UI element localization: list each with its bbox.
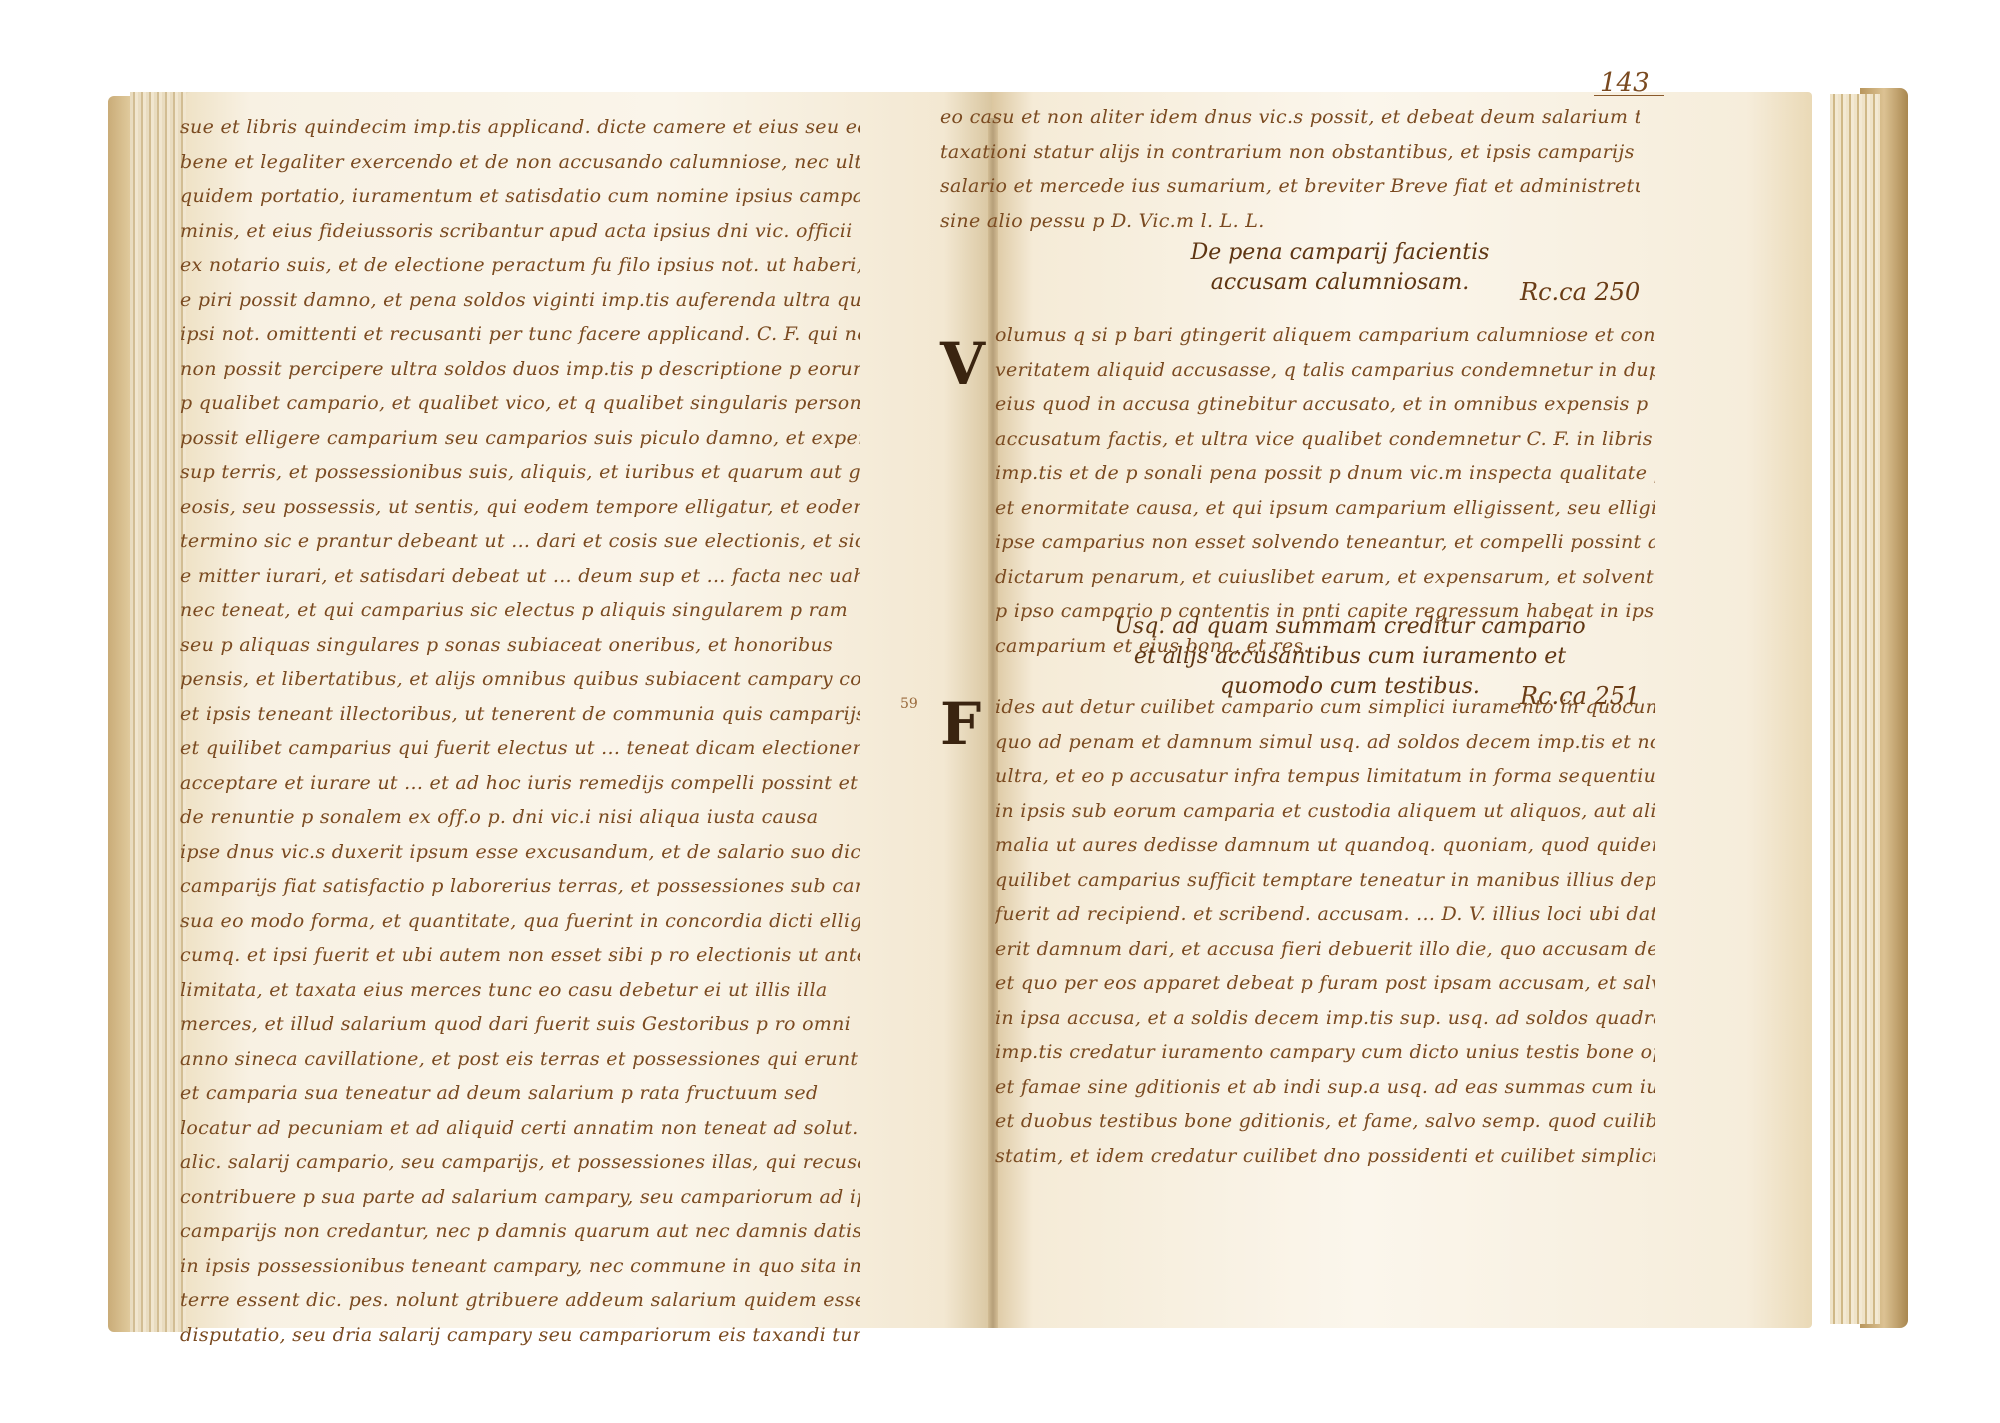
manuscript-line: cumq. et ipsi fuerit et ubi autem non es…	[180, 938, 860, 973]
manuscript-line: ex notario suis, et de electione peractu…	[180, 248, 860, 283]
manuscript-line: terre essent dic. pes. nolunt gtribuere …	[180, 1283, 860, 1318]
manuscript-line: ipsi not. omittenti et recusanti per tun…	[180, 317, 860, 352]
manuscript-line: dictarum penarum, et cuiuslibet earum, e…	[995, 560, 1655, 595]
manuscript-line: de renuntie p sonalem ex off.o p. dni vi…	[180, 800, 860, 835]
manuscript-line: ultra, et eo p accusatur infra tempus li…	[995, 759, 1655, 794]
manuscript-line: statim, et idem credatur cuilibet dno po…	[995, 1139, 1655, 1174]
manuscript-line: et camparia sua teneatur ad deum salariu…	[180, 1076, 860, 1111]
heading-line: Usq. ad quam summam creditur campario	[1090, 612, 1610, 642]
manuscript-line: possit elligere camparium seu camparios …	[180, 421, 860, 456]
manuscript-line: e mitter iurari, et satisdari debeat ut …	[180, 559, 860, 594]
manuscript-line: camparijs non credantur, nec p damnis qu…	[180, 1214, 860, 1249]
manuscript-line: contribuere p sua parte ad salarium camp…	[180, 1180, 860, 1215]
manuscript-line: imp.tis credatur iuramento campary cum d…	[995, 1035, 1655, 1070]
manuscript-line: quidem portatio, iuramentum et satisdati…	[180, 179, 860, 214]
right-page-edges	[1830, 94, 1880, 1324]
manuscript-line: eius quod in accusa gtinebitur accusato,…	[995, 387, 1655, 422]
manuscript-line: disputatio, seu dria salarij campary seu…	[180, 1318, 860, 1353]
manuscript-line: et famae sine gditionis et ab indi sup.a…	[995, 1070, 1655, 1105]
drop-cap-v: V	[940, 330, 985, 398]
manuscript-line: sup terris, et possessionibus suis, aliq…	[180, 455, 860, 490]
manuscript-line: fuerit ad recipiend. et scribend. accusa…	[995, 897, 1655, 932]
manuscript-line: eo casu et non aliter idem dnus vic.s po…	[940, 100, 1640, 135]
manuscript-line: seu p aliquas singulares p sonas subiace…	[180, 628, 860, 663]
manuscript-line: sua eo modo forma, et quantitate, qua fu…	[180, 904, 860, 939]
manuscript-line: in ipsis possessionibus teneant campary,…	[180, 1249, 860, 1284]
manuscript-line: veritatem aliquid accusasse, q talis cam…	[995, 353, 1655, 388]
manuscript-line: quilibet camparius sufficit temptare ten…	[995, 863, 1655, 898]
manuscript-line: quo ad penam et damnum simul usq. ad sol…	[995, 725, 1655, 760]
folio-number: 143	[1600, 68, 1650, 98]
manuscript-line: in ipsis sub eorum camparia et custodia …	[995, 794, 1655, 829]
drop-cap-f: F	[940, 690, 981, 758]
left-page-text: sue et libris quindecim imp.tis applican…	[180, 110, 860, 1352]
margin-note: 59	[900, 696, 918, 712]
manuscript-line: ides aut detur cuilibet campario cum sim…	[995, 690, 1655, 725]
manuscript-line: et ipsis teneant illectoribus, ut tenere…	[180, 697, 860, 732]
heading-line: et alijs accusantibus cum iuramento et	[1090, 642, 1610, 672]
manuscript-line: bene et legaliter exercendo et de non ac…	[180, 145, 860, 180]
rubric-reference-250: Rc.ca 250	[1520, 278, 1640, 306]
manuscript-line: et quilibet camparius qui fuerit electus…	[180, 731, 860, 766]
manuscript-line: in ipsa accusa, et a soldis decem imp.ti…	[995, 1001, 1655, 1036]
manuscript-line: sine alio pessu p D. Vic.m l. L. L.	[940, 204, 1640, 239]
manuscript-line: imp.tis et de p sonali pena possit p dnu…	[995, 456, 1655, 491]
manuscript-line: anno sineca cavillatione, et post eis te…	[180, 1042, 860, 1077]
manuscript-line: et duobus testibus bone gditionis, et fa…	[995, 1104, 1655, 1139]
manuscript-line: alic. salarij campario, seu camparijs, e…	[180, 1145, 860, 1180]
section-heading-250: De pena camparij facientis accusam calum…	[1100, 238, 1580, 298]
manuscript-line: ipse camparius non esset solvendo tenean…	[995, 525, 1655, 560]
manuscript-line: erit damnum dari, et accusa fieri debuer…	[995, 932, 1655, 967]
manuscript-line: et quo per eos apparet debeat p furam po…	[995, 966, 1655, 1001]
manuscript-line: eosis, seu possessis, ut sentis, qui eod…	[180, 490, 860, 525]
manuscript-line: nec teneat, et qui camparius sic electus…	[180, 593, 860, 628]
manuscript-line: ipse dnus vic.s duxerit ipsum esse excus…	[180, 835, 860, 870]
manuscript-line: taxationi statur alijs in contrarium non…	[940, 135, 1640, 170]
manuscript-line: non possit percipere ultra soldos duos i…	[180, 352, 860, 387]
section-251-text: ides aut detur cuilibet campario cum sim…	[995, 690, 1655, 1173]
heading-line: accusam calumniosam.	[1100, 268, 1580, 298]
manuscript-line: olumus q si p bari gtingerit aliquem cam…	[995, 318, 1655, 353]
heading-line: De pena camparij facientis	[1100, 238, 1580, 268]
manuscript-line: limitata, et taxata eius merces tunc eo …	[180, 973, 860, 1008]
manuscript-line: pensis, et libertatibus, et alijs omnibu…	[180, 662, 860, 697]
manuscript-line: malia ut aures dedisse damnum ut quandoq…	[995, 828, 1655, 863]
manuscript-line: locatur ad pecuniam et ad aliquid certi …	[180, 1111, 860, 1146]
manuscript-line: salario et mercede ius sumarium, et brev…	[940, 169, 1640, 204]
manuscript-line: e piri possit damno, et pena soldos vigi…	[180, 283, 860, 318]
manuscript-line: et enormitate causa, et qui ipsum campar…	[995, 491, 1655, 526]
manuscript-line: merces, et illud salarium quod dari fuer…	[180, 1007, 860, 1042]
manuscript-line: termino sic e prantur debeant ut ... dar…	[180, 524, 860, 559]
manuscript-line: minis, et eius fideiussoris scribantur a…	[180, 214, 860, 249]
right-page-top-text: eo casu et non aliter idem dnus vic.s po…	[940, 100, 1640, 238]
manuscript-line: sue et libris quindecim imp.tis applican…	[180, 110, 860, 145]
manuscript-line: acceptare et iurare ut ... et ad hoc iur…	[180, 766, 860, 801]
manuscript-line: accusatum factis, et ultra vice qualibet…	[995, 422, 1655, 457]
manuscript-line: p qualibet campario, et qualibet vico, e…	[180, 386, 860, 421]
manuscript-line: camparijs fiat satisfactio p laborerius …	[180, 869, 860, 904]
